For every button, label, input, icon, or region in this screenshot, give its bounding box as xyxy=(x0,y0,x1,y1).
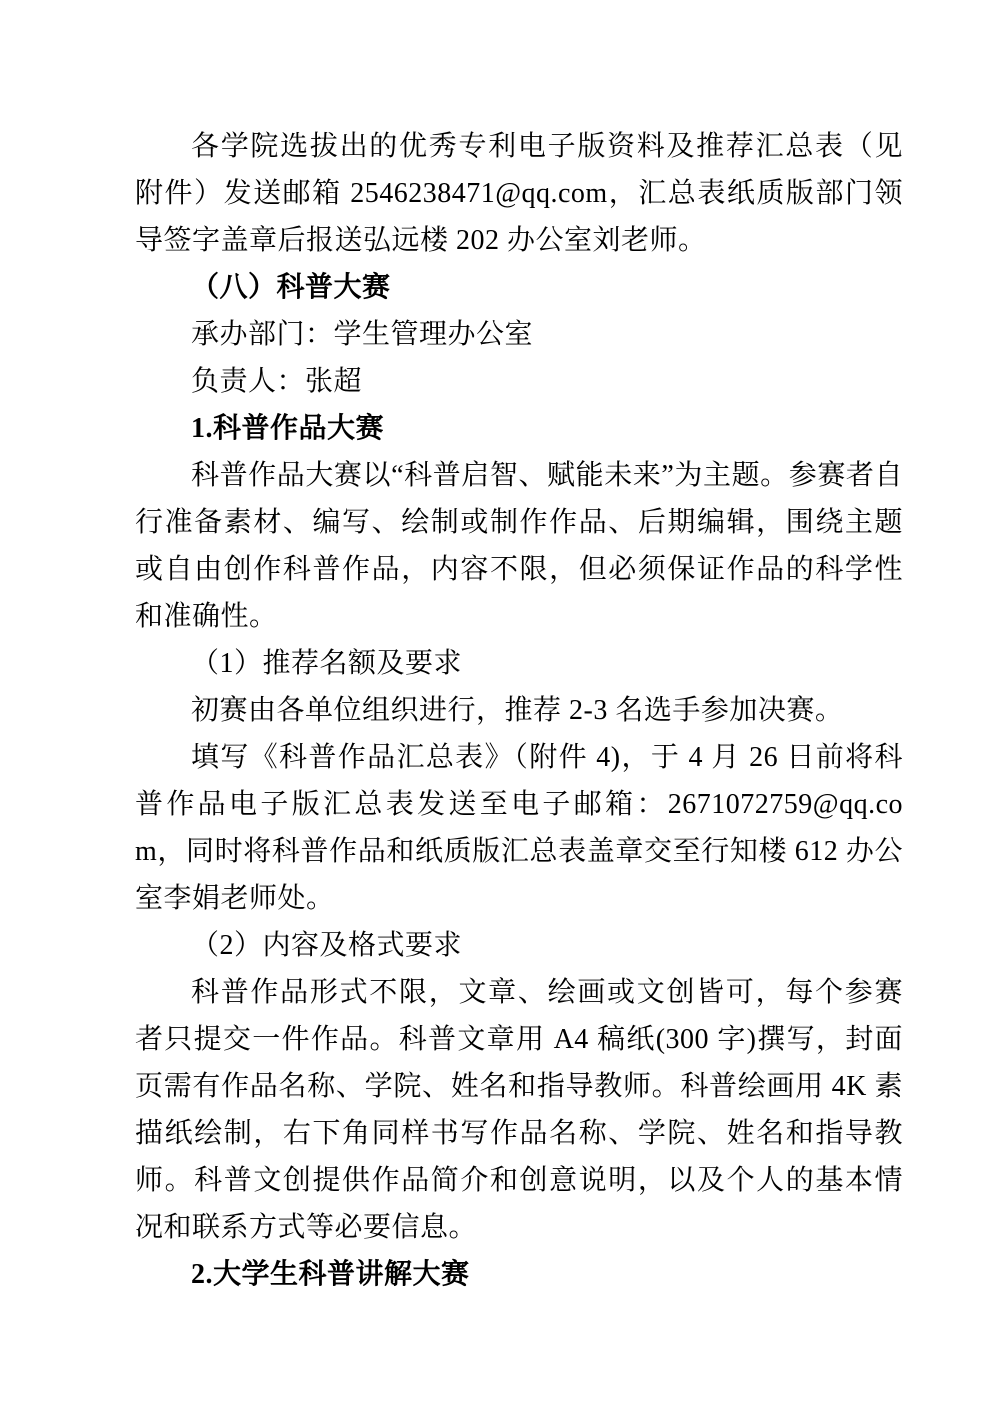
section-heading: （八）科普大赛 xyxy=(135,264,903,311)
paragraph: 各学院选拔出的优秀专利电子版资料及推荐汇总表（见附件）发送邮箱 25462384… xyxy=(135,123,903,264)
paragraph: 承办部门：学生管理办公室 xyxy=(135,311,903,358)
paragraph: 科普作品形式不限，文章、绘画或文创皆可，每个参赛者只提交一件作品。科普文章用 A… xyxy=(135,969,903,1251)
document-page: 各学院选拔出的优秀专利电子版资料及推荐汇总表（见附件）发送邮箱 25462384… xyxy=(0,0,1000,1414)
paragraph: 填写《科普作品汇总表》（附件 4)，于 4 月 26 日前将科普作品电子版汇总表… xyxy=(135,734,903,922)
paragraph: 科普作品大赛以“科普启智、赋能未来”为主题。参赛者自行准备素材、编写、绘制或制作… xyxy=(135,452,903,640)
paragraph: （2）内容及格式要求 xyxy=(135,922,903,969)
paragraph: （1）推荐名额及要求 xyxy=(135,640,903,687)
paragraph: 初赛由各单位组织进行，推荐 2-3 名选手参加决赛。 xyxy=(135,687,903,734)
paragraph: 负责人：张超 xyxy=(135,358,903,405)
document-content: 各学院选拔出的优秀专利电子版资料及推荐汇总表（见附件）发送邮箱 25462384… xyxy=(135,123,903,1298)
section-heading: 1.科普作品大赛 xyxy=(135,405,903,452)
section-heading: 2.大学生科普讲解大赛 xyxy=(135,1251,903,1298)
